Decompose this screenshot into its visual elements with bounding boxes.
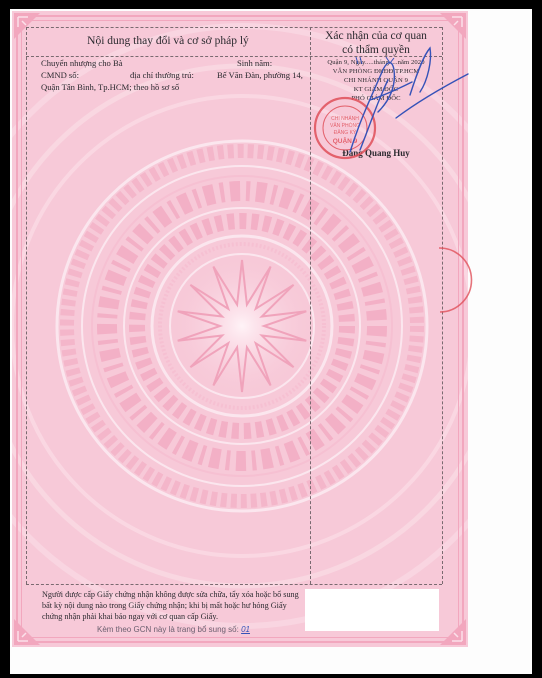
- corner-ornament-icon: [440, 619, 466, 645]
- notice-text: Người được cấp Giấy chứng nhận không đượ…: [42, 589, 304, 622]
- corner-ornament-icon: [440, 13, 466, 39]
- for-director-text: KT GIÁM ĐỐC: [310, 86, 442, 93]
- column-divider-line: [310, 27, 311, 584]
- birth-year-label: Sinh năm:: [237, 58, 272, 68]
- date-line: Quận 9, Ngày.....tháng.....năm 2020: [310, 59, 442, 66]
- signer-name: Đặng Quang Huy: [310, 148, 442, 158]
- table-bottom-line: [26, 584, 442, 585]
- right-column-header-line1: Xác nhận của cơ quan: [310, 29, 442, 43]
- transfer-to-text: Chuyển nhượng cho Bà: [41, 58, 123, 68]
- branch-name: CHI NHÁNH QUẬN 9: [310, 77, 442, 84]
- corner-ornament-icon: [14, 619, 40, 645]
- table-left-line: [26, 27, 27, 584]
- right-column-header-line2: có thẩm quyền: [310, 43, 442, 57]
- left-column-header: Nội dung thay đổi và cơ sở pháp lý: [26, 35, 310, 47]
- address-value: Bế Văn Đàn, phường 14,: [217, 70, 303, 80]
- attachment-label: Kèm theo GCN này là trang bổ sung số:: [97, 625, 239, 634]
- attachment-line: Kèm theo GCN này là trang bổ sung số: 01: [97, 625, 250, 634]
- address-label: địa chỉ thường trú:: [130, 70, 194, 80]
- certificate-page: Nội dung thay đổi và cơ sở pháp lý Xác n…: [12, 11, 468, 647]
- table-right-line: [442, 27, 443, 584]
- decorative-frame-inner: [21, 20, 459, 638]
- attachment-number: 01: [241, 625, 250, 634]
- right-column-header: Xác nhận của cơ quan có thẩm quyền: [310, 29, 442, 57]
- deputy-title: PHÓ GIÁM ĐỐC: [310, 95, 442, 102]
- id-number-label: CMND số:: [41, 70, 79, 80]
- redacted-area: [305, 589, 439, 631]
- office-name: VĂN PHÒNG ĐKĐĐ TP.HCM: [310, 68, 442, 75]
- table-top-line: [26, 27, 442, 28]
- address-dossier-text: Quận Tân Bình, Tp.HCM; theo hồ sơ số: [41, 82, 179, 92]
